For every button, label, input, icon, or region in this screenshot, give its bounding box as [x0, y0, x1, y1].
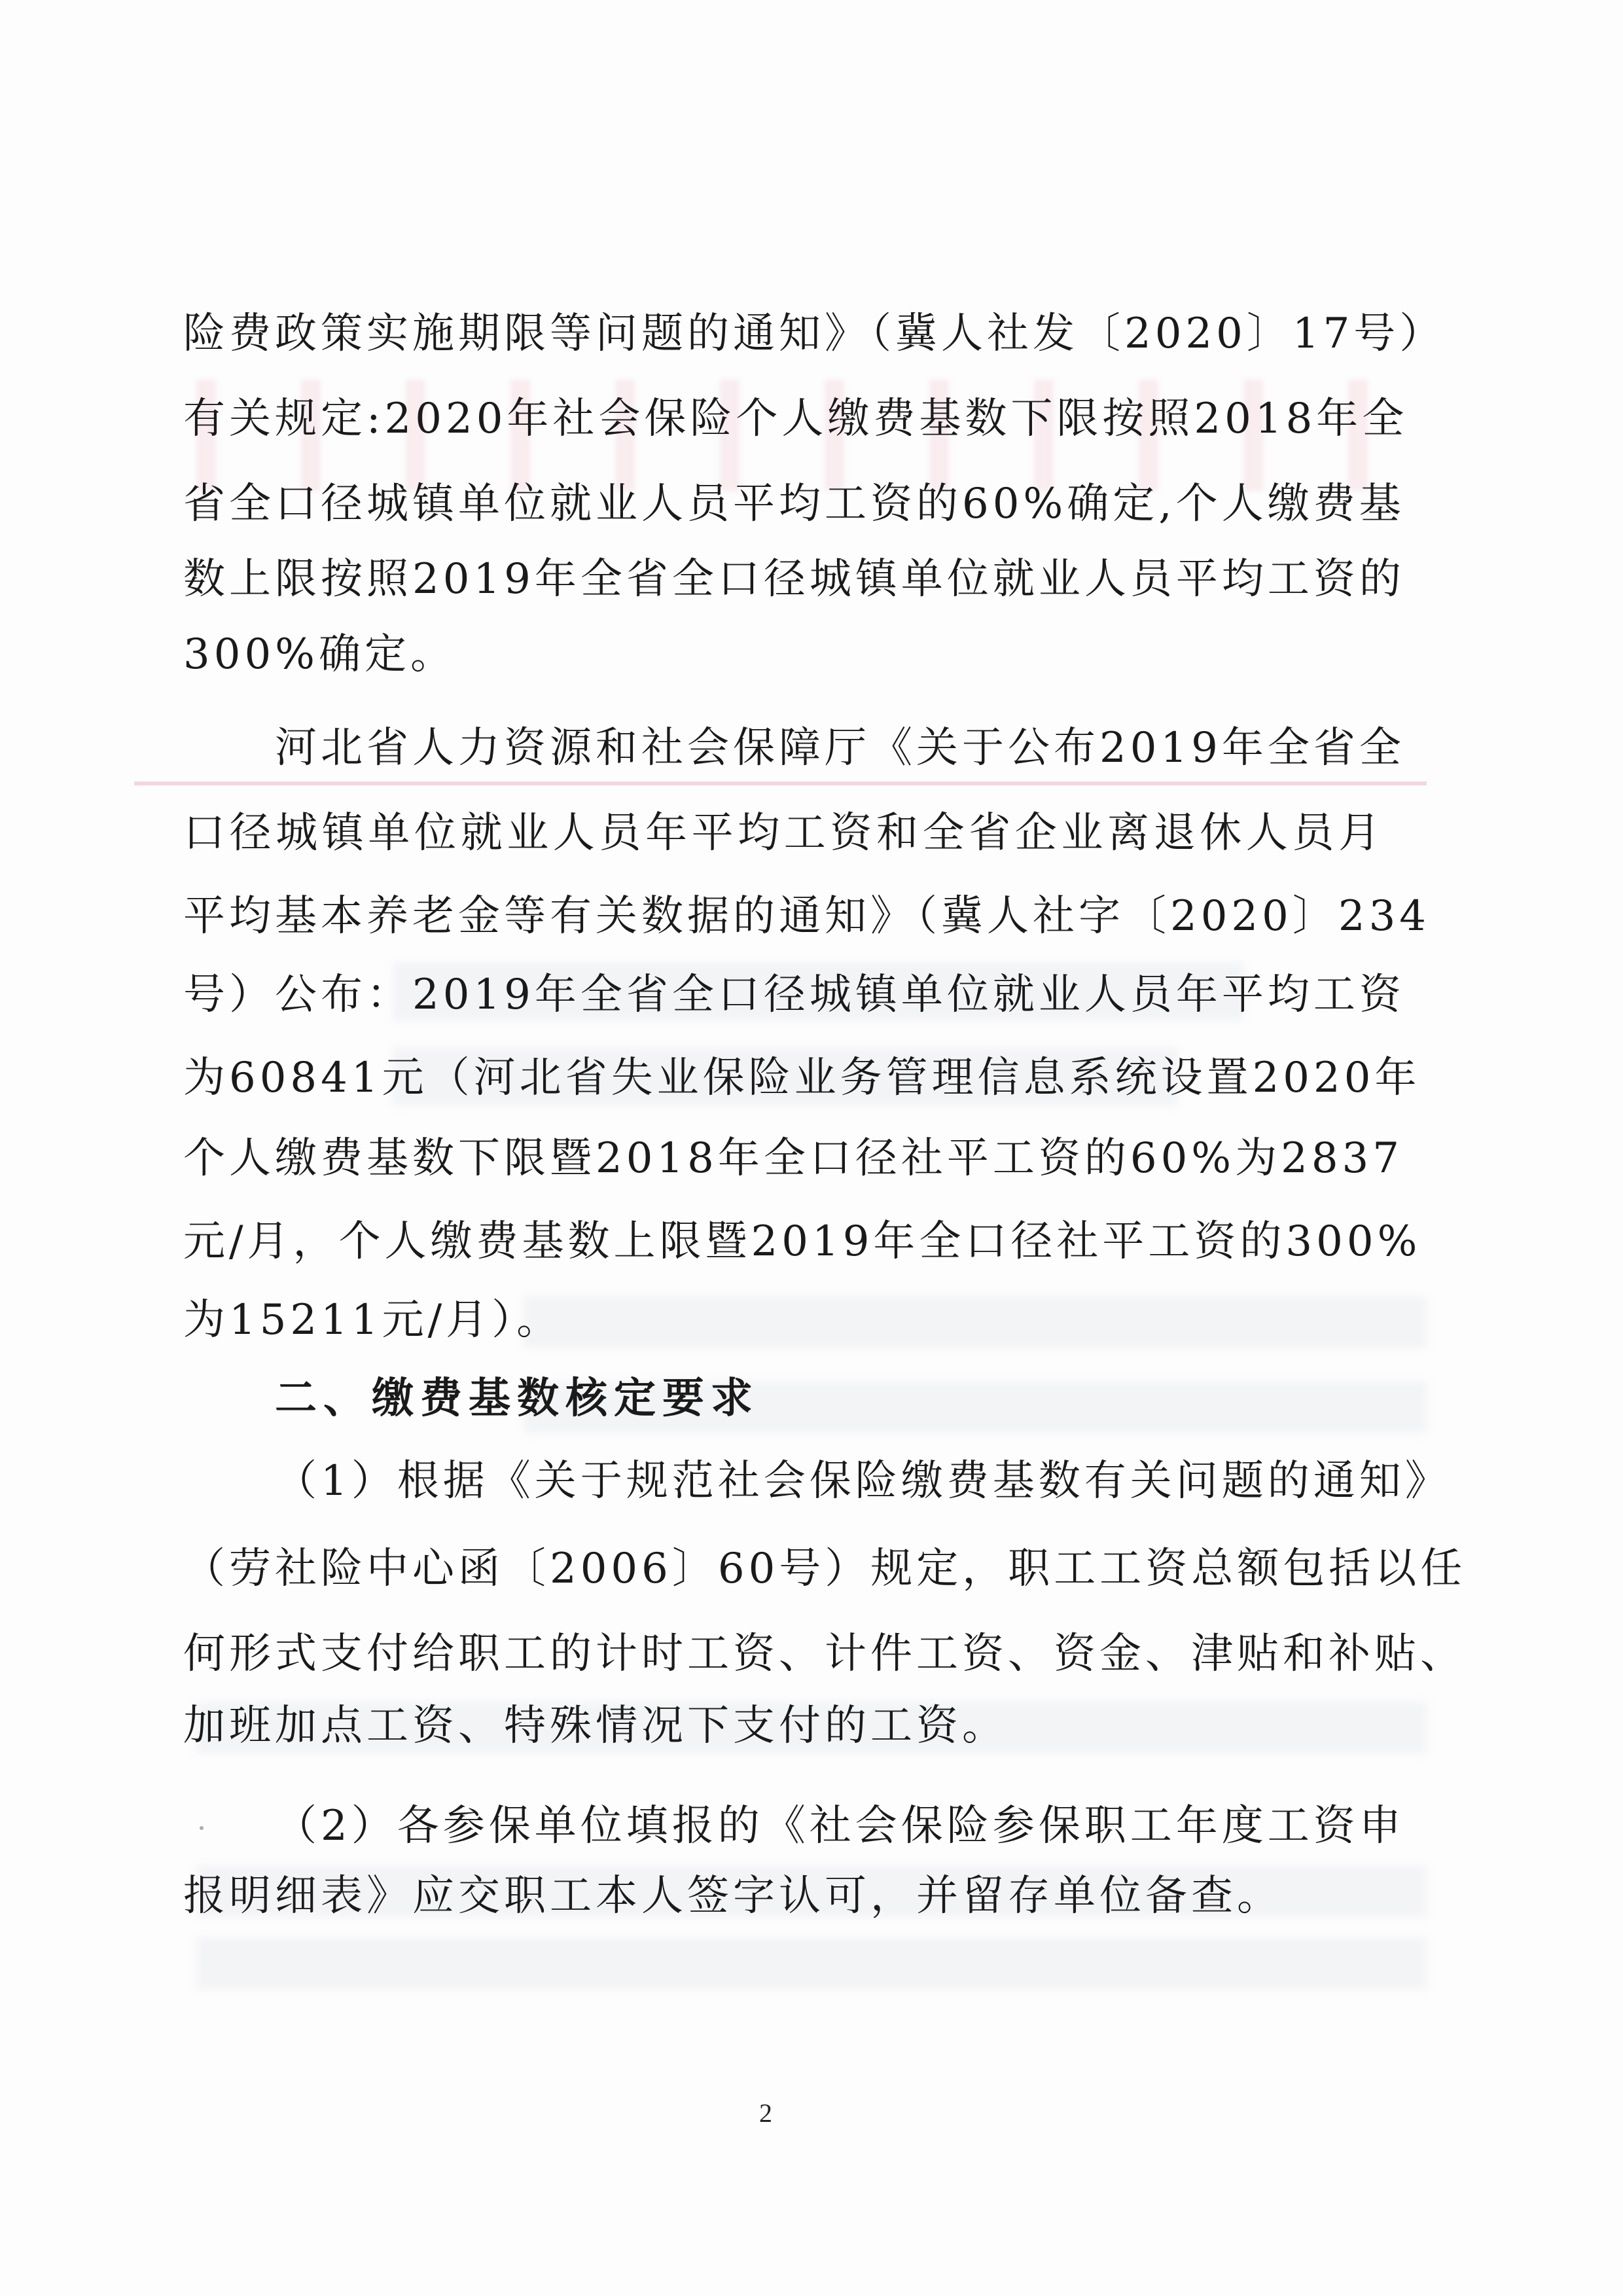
- text-line: （1）根据《关于规范社会保险缴费基数有关问题的通知》: [275, 1455, 1384, 1507]
- scan-speck: [200, 1826, 204, 1830]
- text-line: （劳社险中心函〔2006〕60号）规定，职工工资总额包括以任: [183, 1543, 1384, 1595]
- page-number: 2: [753, 2098, 779, 2128]
- text-line: 有关规定:2020年社会保险个人缴费基数下限按照2018年全: [183, 393, 1384, 445]
- bleed-through-red-rule: [134, 781, 1427, 785]
- text-line: 加班加点工资、特殊情况下支付的工资。: [183, 1700, 1008, 1752]
- text-line: 为60841元（河北省失业保险业务管理信息系统设置2020年: [183, 1052, 1384, 1104]
- text-line: 300%确定。: [183, 628, 456, 681]
- text-line: 为15211元/月）。: [183, 1294, 562, 1346]
- text-line: 数上限按照2019年全省全口径城镇单位就业人员平均工资的: [183, 553, 1384, 605]
- text-line: 何形式支付给职工的计时工资、计件工资、资金、津贴和补贴、: [183, 1628, 1384, 1680]
- bleed-through-text: [524, 1296, 1427, 1348]
- scanned-page: 险费政策实施期限等问题的通知》（冀人社发〔2020〕17号） 有关规定:2020…: [0, 0, 1623, 2296]
- text-line: 省全口径城镇单位就业人员平均工资的60%确定,个人缴费基: [183, 478, 1384, 530]
- text-line: 平均基本养老金等有关数据的通知》（冀人社字〔2020〕234: [183, 890, 1384, 942]
- text-line: 河北省人力资源和社会保障厅《关于公布2019年全省全: [275, 722, 1384, 774]
- text-line: 口径城镇单位就业人员年平均工资和全省企业离退休人员月: [183, 807, 1384, 859]
- text-line: （2）各参保单位填报的《社会保险参保职工年度工资申: [275, 1800, 1384, 1852]
- text-line: 险费政策实施期限等问题的通知》（冀人社发〔2020〕17号）: [183, 308, 1384, 360]
- text-line: 元/月，个人缴费基数上限暨2019年全口径社平工资的300%: [183, 1215, 1384, 1268]
- bleed-through-text: [196, 1937, 1427, 1990]
- section-heading: 二、缴费基数核定要求: [275, 1372, 1384, 1425]
- text-line: 个人缴费基数下限暨2018年全口径社平工资的60%为2837: [183, 1132, 1384, 1185]
- text-line: 报明细表》应交职工本人签字认可，并留存单位备查。: [183, 1870, 1283, 1922]
- text-line: 号）公布：2019年全省全口径城镇单位就业人员年平均工资: [183, 969, 1384, 1021]
